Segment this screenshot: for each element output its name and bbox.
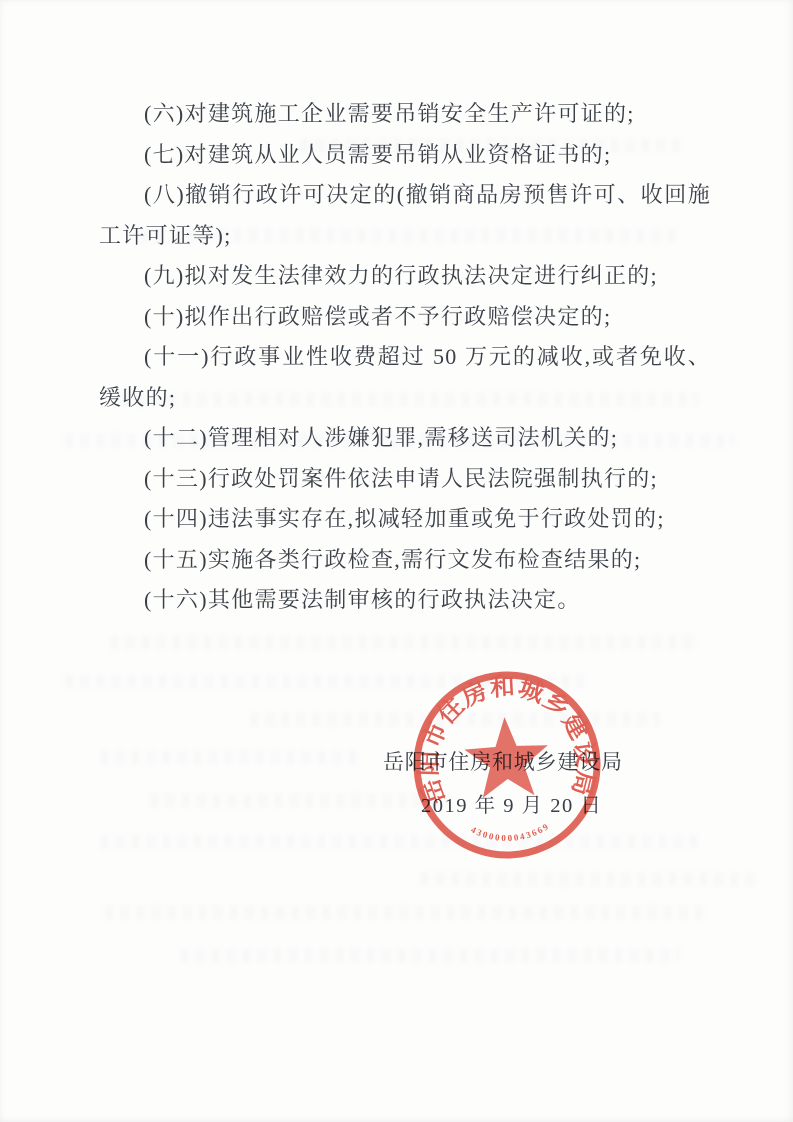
bleed-through-artifact (150, 793, 450, 808)
list-item: (八)撤销行政许可决定的(撤销商品房预售许可、收回施工许可证等); (99, 175, 711, 256)
bleed-through-artifact (420, 872, 760, 887)
document-body-text: (六)对建筑施工企业需要吊销安全生产许可证的; (七)对建筑从业人员需要吊销从业… (99, 94, 711, 621)
document-page: (六)对建筑施工企业需要吊销安全生产许可证的; (七)对建筑从业人员需要吊销从业… (0, 0, 793, 1122)
list-item: (十六)其他需要法制审核的行政执法决定。 (99, 580, 711, 621)
bleed-through-artifact (180, 948, 680, 963)
bleed-through-artifact (105, 905, 705, 920)
bleed-through-artifact (250, 712, 660, 727)
bleed-through-artifact (110, 635, 700, 650)
signature-date: 2019 年 9 月 20 日 (421, 788, 602, 818)
seal-code-arc: 4300000043669 (469, 820, 552, 845)
list-item: (十五)实施各类行政检查,需行文发布检查结果的; (99, 540, 711, 581)
list-item: (十三)行政处罚案件依法申请人民法院强制执行的; (99, 459, 711, 500)
list-item: (九)拟对发生法律效力的行政执法决定进行纠正的; (99, 256, 711, 297)
list-item: (六)对建筑施工企业需要吊销安全生产许可证的; (99, 94, 711, 135)
bleed-through-artifact (100, 834, 700, 849)
list-item: (十四)违法事实存在,拟减轻加重或免于行政处罚的; (99, 499, 711, 540)
list-item: (十)拟作出行政赔偿或者不予行政赔偿决定的; (99, 297, 711, 338)
bleed-through-artifact (65, 674, 585, 689)
list-item: (十二)管理相对人涉嫌犯罪,需移送司法机关的; (99, 418, 711, 459)
bleed-through-artifact (100, 750, 360, 765)
list-item: (十一)行政事业性收费超过 50 万元的减收,或者免收、缓收的; (99, 337, 711, 418)
list-item: (七)对建筑从业人员需要吊销从业资格证书的; (99, 135, 711, 176)
signature-agency-name: 岳阳市住房和城乡建设局 (383, 746, 623, 776)
